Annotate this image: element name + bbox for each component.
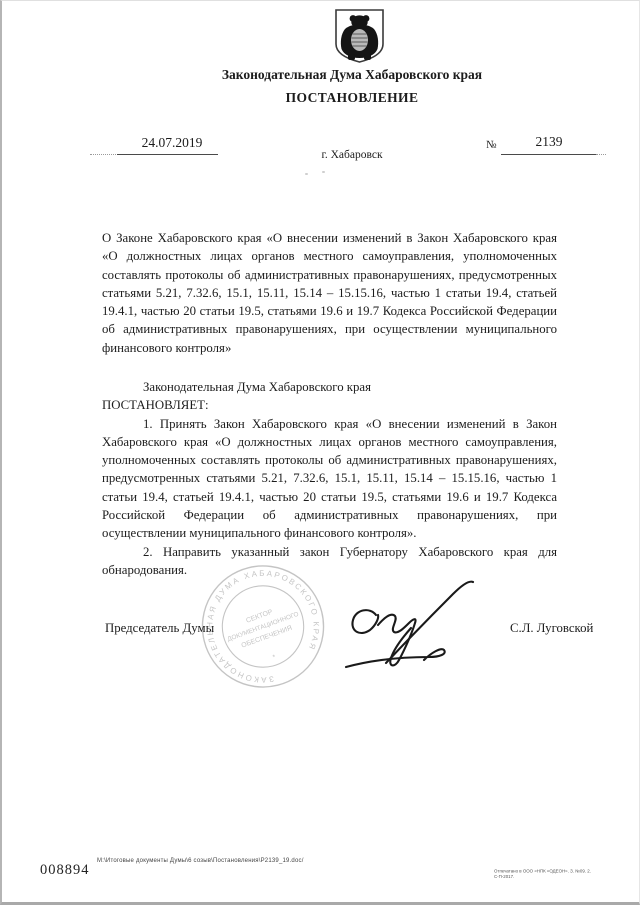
khabarovsk-coat-of-arms-icon	[331, 8, 388, 64]
document-number: 2139	[502, 134, 596, 150]
scan-speck	[322, 171, 325, 173]
document-type-title: ПОСТАНОВЛЕНИЕ	[102, 90, 602, 106]
resolution-body: Законодательная Дума Хабаровского края П…	[102, 378, 557, 579]
file-path-note: М:\Итоговые документы Думы\6 созыв\Поста…	[97, 858, 304, 864]
registration-number: 008894	[40, 862, 90, 879]
number-underline-dots	[596, 154, 606, 155]
body-resolves: ПОСТАНОВЛЯЕТ:	[102, 396, 557, 414]
organization-name: Законодательная Дума Хабаровского края	[102, 67, 602, 83]
body-intro: Законодательная Дума Хабаровского края	[102, 378, 557, 396]
body-item-2: 2. Направить указанный закон Губернатору…	[102, 543, 557, 580]
stamp-star: *	[272, 654, 277, 662]
signer-name: С.Л. Луговской	[510, 621, 593, 636]
resolution-title: О Законе Хабаровского края «О внесении и…	[102, 229, 557, 357]
signer-position: Председатель Думы	[105, 621, 214, 636]
document-city: г. Хабаровск	[102, 149, 602, 161]
body-item-1: 1. Принять Закон Хабаровского края «О вн…	[102, 415, 557, 543]
number-sign: №	[486, 139, 497, 151]
print-shop-note: Отпечатано в ООО «НПК «ОДЕОН». З. №09. 2…	[494, 869, 593, 880]
number-underline	[501, 154, 596, 155]
scan-speck	[305, 173, 308, 175]
document-page: Законодательная Дума Хабаровского края П…	[0, 0, 640, 905]
handwritten-signature	[332, 573, 482, 673]
